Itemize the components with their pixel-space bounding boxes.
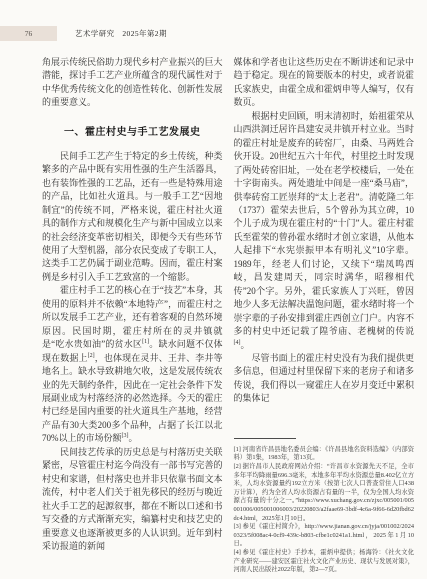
footnote-text: 河南省许昌县地名委员会编：《许昌县地名资料选编》（内部资料）第1集，1983年，…	[234, 446, 415, 462]
paragraph: 民间手工艺产生于特定的乡土传统，种类繁多的产品中既有实用性强的生产生活器具，也有…	[42, 150, 223, 285]
journal-issue-line: 艺术学研究 2025年第2期	[75, 28, 167, 39]
footnote-3: [3] 参见《霍庄村简介》，http://www.jianan.gov.cn/j…	[234, 523, 415, 549]
footnote-marker: [3]	[234, 523, 241, 530]
paragraph-continuation: 媒体和学者也让这些历史在不断讲述和记录中趋于稳定。现在的简要版本的村史，或者说霍…	[234, 56, 415, 110]
right-column: 媒体和学者也让这些历史在不断讲述和记录中趋于稳定。现在的简要版本的村史，或者说霍…	[234, 56, 415, 575]
footnote-marker: [4]	[234, 549, 241, 556]
footnote-marker: [1]	[234, 446, 241, 453]
page-number-badge: 76	[0, 26, 57, 41]
footnote-separator	[234, 438, 296, 439]
footnote-marker: [2]	[234, 463, 241, 470]
footnote-text: 参见《霍庄村史》手抄本，霍炳申提供；杨海铃：《社火文化产业研究——建安区霍庄社火…	[234, 549, 415, 573]
paragraph: 根据村史回顾，明末清初时，始祖霍荣从山西洪洞迁居许昌建安灵井镇开村立业。当时的霍…	[234, 110, 415, 352]
paragraph: 民间技艺传承的历史总是与村落历史关联紧密，尽管霍庄村迄今尚没有一部书写完善的村史…	[42, 446, 223, 554]
article-body: 角展示传统民俗助力现代乡村产业振兴的巨大潜能，探讨手工艺产业所蕴含的现代属性对于…	[42, 56, 414, 575]
footnotes-block: [1] 河南省许昌县地名委员会编：《许昌县地名资料选编》（内部资料）第1集，19…	[234, 438, 415, 575]
left-column: 角展示传统民俗助力现代乡村产业振兴的巨大潜能，探讨手工艺产业所蕴含的现代属性对于…	[42, 56, 223, 575]
footnote-2: [2] 据许昌市人民政府网站介绍：“许昌市水资源先天不足，全市多年平均降雨量69…	[234, 463, 415, 523]
paragraph: 尽管书面上的霍庄村史没有为我们提供更多信息，但通过村里保留下来的老房子和诸多传说…	[234, 352, 415, 406]
paragraph-continuation: 角展示传统民俗助力现代乡村产业振兴的巨大潜能，探讨手工艺产业所蕴含的现代属性对于…	[42, 56, 223, 110]
section-heading: 一、霍庄村史与手工艺发展史	[42, 123, 223, 138]
footnote-1: [1] 河南省许昌县地名委员会编：《许昌县地名资料选编》（内部资料）第1集，19…	[234, 446, 415, 463]
footnote-text: 据许昌市人民政府网站介绍：“许昌市水资源先天不足，全市多年平均降雨量696.3毫…	[234, 463, 415, 522]
paragraph: 霍庄村手工艺的核心在于“技艺”本身，其使用的原料并不依赖“本地特产”，而霍庄村之…	[42, 284, 223, 445]
page-header: 76 艺术学研究 2025年第2期	[0, 26, 427, 41]
page-number: 76	[25, 29, 33, 38]
footnote-text: 参见《霍庄村简介》，http://www.jianan.gov.cn/jyja/…	[234, 523, 415, 547]
footnote-4: [4] 参见《霍庄村史》手抄本，霍炳申提供；杨海铃：《社火文化产业研究——建安区…	[234, 549, 415, 575]
